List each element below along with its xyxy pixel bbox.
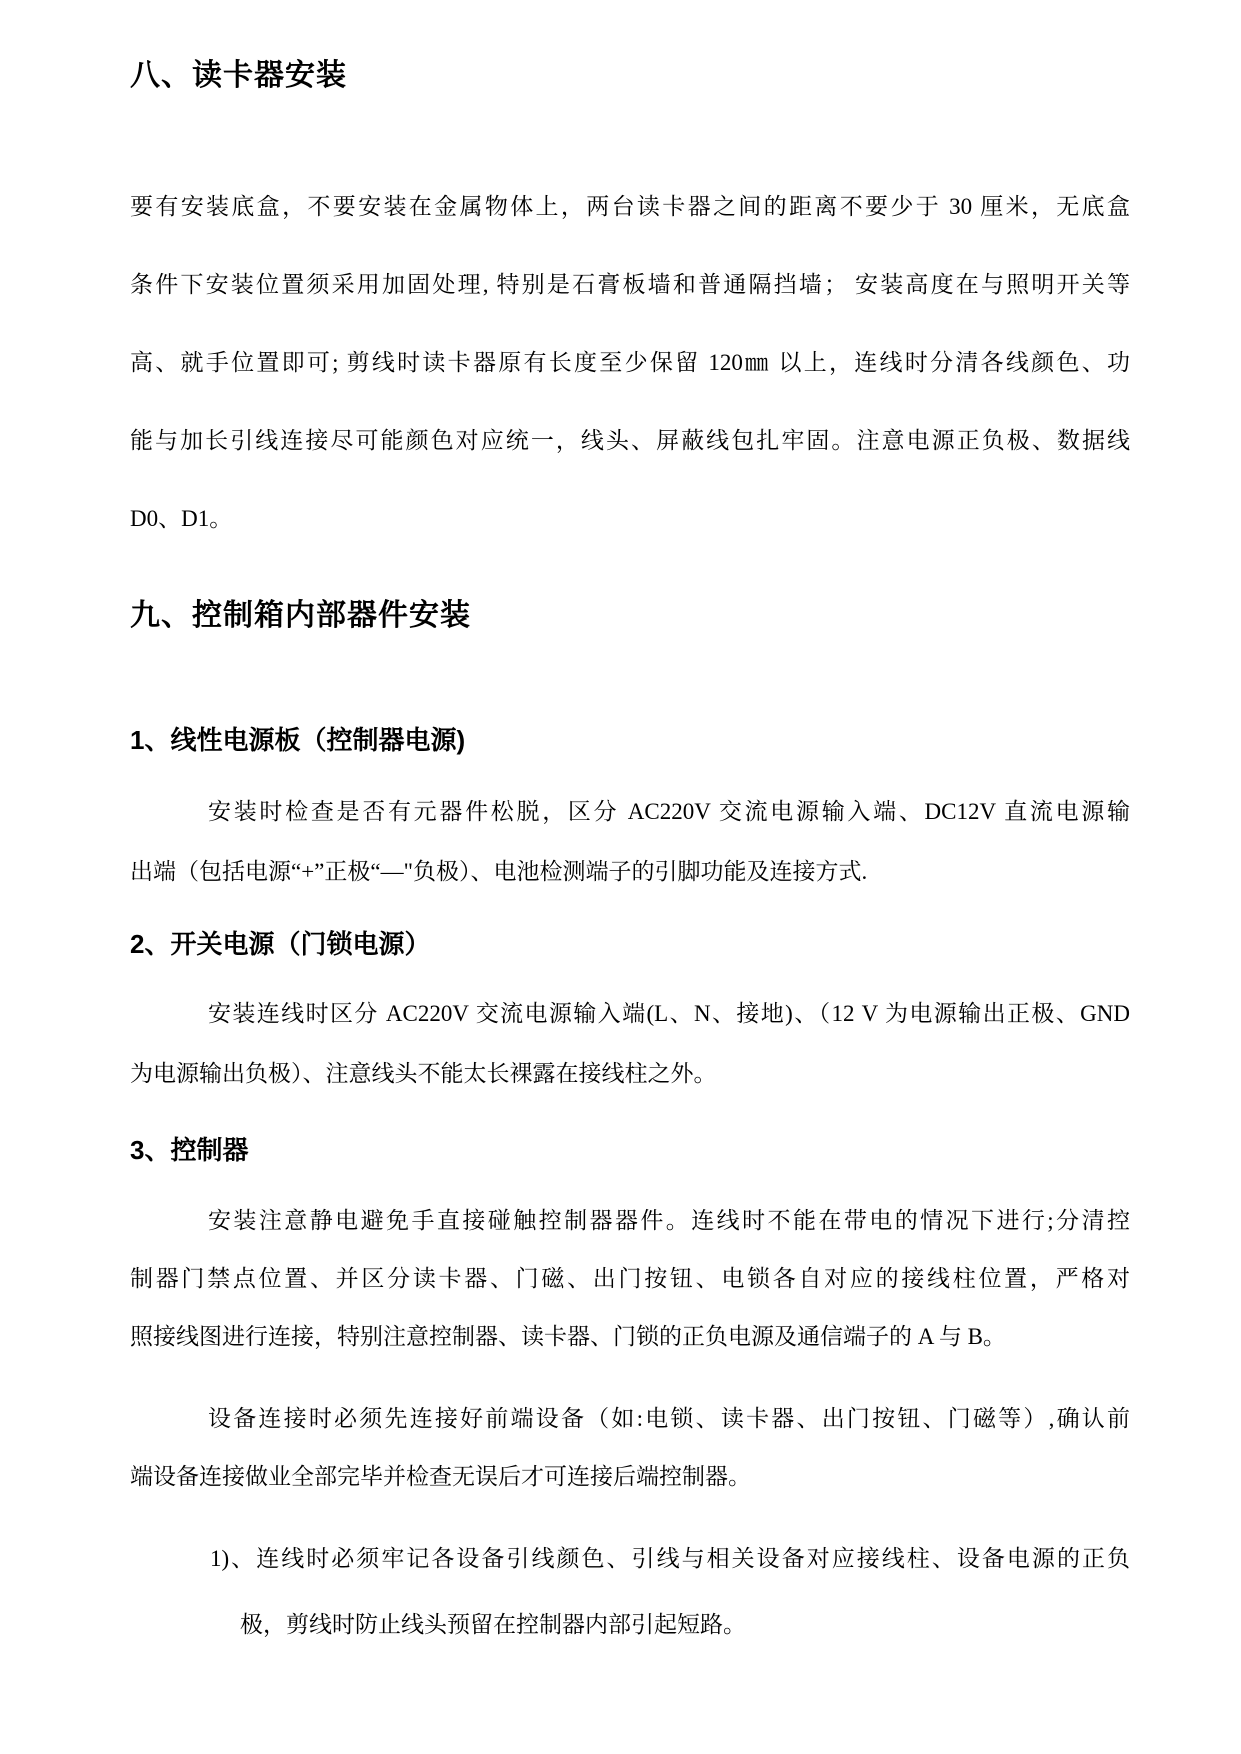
- text-line: 为电源输出负极）、注意线头不能太长裸露在接线柱之外。: [130, 1044, 1130, 1104]
- text-line: 1)、连线时必须牢记各设备引线颜色、引线与相关设备对应接线柱、设备电源的正负: [130, 1526, 1130, 1592]
- document-page: 八、读卡器安装 要有安装底盒，不要安装在金属物体上，两台读卡器之间的距离不要少于…: [0, 0, 1241, 1754]
- text-line: 要有安装底盒，不要安装在金属物体上，两台读卡器之间的距离不要少于 30 厘米，无…: [130, 168, 1130, 246]
- section-8-paragraph: 要有安装底盒，不要安装在金属物体上，两台读卡器之间的距离不要少于 30 厘米，无…: [130, 168, 1130, 558]
- section-9-sub-2-heading: 2、开关电源（门锁电源）: [130, 928, 1130, 960]
- text-line: 极，剪线时防止线头预留在控制器内部引起短路。: [130, 1592, 1130, 1658]
- section-9-sub-3-paragraph-2: 设备连接时必须先连接好前端设备（如:电锁、读卡器、出门按钮、门磁等）,确认前 端…: [130, 1390, 1130, 1506]
- section-9-sub-3-paragraph-1: 安装注意静电避免手直接碰触控制器器件。连线时不能在带电的情况下进行;分清控 制器…: [130, 1192, 1130, 1366]
- text-line: 条件下安装位置须采用加固处理, 特别是石膏板墙和普通隔挡墙； 安装高度在与照明开…: [130, 246, 1130, 324]
- section-9-sub-3-list-item-1: 1)、连线时必须牢记各设备引线颜色、引线与相关设备对应接线柱、设备电源的正负 极…: [130, 1526, 1130, 1658]
- document-content: 八、读卡器安装 要有安装底盒，不要安装在金属物体上，两台读卡器之间的距离不要少于…: [0, 58, 1241, 1658]
- text-line: D0、D1。: [130, 480, 1130, 558]
- section-8-heading: 八、读卡器安装: [130, 58, 1130, 94]
- text-line: 高、就手位置即可; 剪线时读卡器原有长度至少保留 120㎜ 以上，连线时分清各线…: [130, 324, 1130, 402]
- text-line: 安装注意静电避免手直接碰触控制器器件。连线时不能在带电的情况下进行;分清控: [130, 1192, 1130, 1250]
- section-9-heading: 九、控制箱内部器件安装: [130, 598, 1130, 634]
- section-9-sub-2-paragraph: 安装连线时区分 AC220V 交流电源输入端(L、N、接地)、（12 V 为电源…: [130, 984, 1130, 1104]
- text-line: 照接线图进行连接，特别注意控制器、读卡器、门锁的正负电源及通信端子的 A 与 B…: [130, 1308, 1130, 1366]
- text-line: 端设备连接做业全部完毕并检查无误后才可连接后端控制器。: [130, 1448, 1130, 1506]
- section-9-sub-1-paragraph: 安装时检查是否有元器件松脱，区分 AC220V 交流电源输入端、DC12V 直流…: [130, 782, 1130, 902]
- text-line: 制器门禁点位置、并区分读卡器、门磁、出门按钮、电锁各自对应的接线柱位置，严格对: [130, 1250, 1130, 1308]
- text-line: 安装时检查是否有元器件松脱，区分 AC220V 交流电源输入端、DC12V 直流…: [130, 782, 1130, 842]
- section-9-sub-3-heading: 3、控制器: [130, 1134, 1130, 1166]
- text-line: 设备连接时必须先连接好前端设备（如:电锁、读卡器、出门按钮、门磁等）,确认前: [130, 1390, 1130, 1448]
- text-line: 出端（包括电源“+”正极“—"负极）、电池检测端子的引脚功能及连接方式.: [130, 842, 1130, 902]
- section-9-sub-1-heading: 1、线性电源板（控制器电源): [130, 724, 1130, 756]
- text-line: 安装连线时区分 AC220V 交流电源输入端(L、N、接地)、（12 V 为电源…: [130, 984, 1130, 1044]
- text-line: 能与加长引线连接尽可能颜色对应统一，线头、屏蔽线包扎牢固。注意电源正负极、数据线: [130, 402, 1130, 480]
